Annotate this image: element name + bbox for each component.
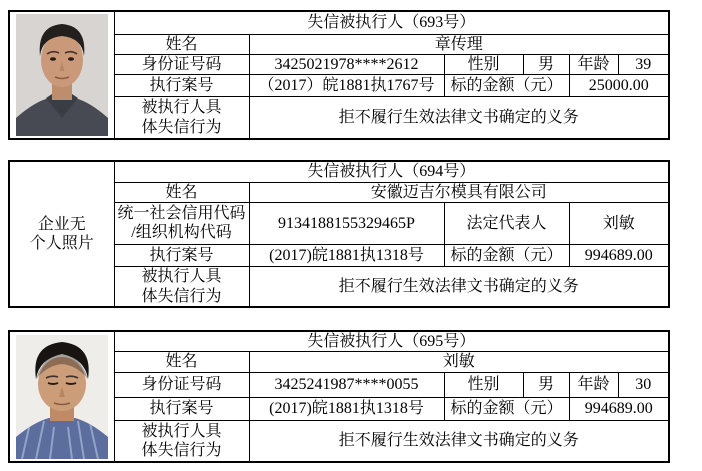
amount-label: 标的金额（元） <box>444 397 569 420</box>
behavior-value: 拒不履行生效法律文书确定的义务 <box>249 266 669 307</box>
record-title: 失信被执行人（695号） <box>114 331 669 352</box>
credit-code-label: 统一社会信用代码 /组织机构代码 <box>114 202 249 244</box>
age-label: 年龄 <box>569 372 618 397</box>
portrait-man-photo <box>16 335 108 459</box>
gender-value: 男 <box>523 54 569 74</box>
table-spacer <box>8 308 702 330</box>
record-title: 失信被执行人（693号） <box>114 11 669 34</box>
name-label: 姓名 <box>114 352 249 372</box>
portrait-man-photo <box>16 14 108 136</box>
behavior-label: 被执行人具 体失信行为 <box>114 96 249 139</box>
name-label: 姓名 <box>114 182 249 202</box>
name-label: 姓名 <box>114 34 249 54</box>
id-number-label: 身份证号码 <box>114 54 249 74</box>
gender-value: 男 <box>523 372 569 397</box>
age-value: 30 <box>618 372 669 397</box>
table-spacer <box>8 140 702 160</box>
amount-value: 994689.00 <box>569 397 669 420</box>
age-label: 年龄 <box>569 54 618 74</box>
gender-label: 性别 <box>444 372 523 397</box>
behavior-label: 被执行人具 体失信行为 <box>114 266 249 307</box>
age-value: 39 <box>618 54 669 74</box>
case-number-label: 执行案号 <box>114 74 249 96</box>
behavior-label: 被执行人具 体失信行为 <box>114 420 249 462</box>
debtor-photo <box>9 11 114 139</box>
debtor-record-693: 失信被执行人（693号） 姓名 章传理 身份证号码 3425021978****… <box>8 10 670 140</box>
amount-value: 994689.00 <box>569 244 669 266</box>
id-number-value: 3425241987****0055 <box>249 372 444 397</box>
legal-rep-value: 刘敏 <box>569 202 669 244</box>
case-number-value: （2017）皖1881执1767号 <box>249 74 444 96</box>
case-number-value: (2017)皖1881执1318号 <box>249 244 444 266</box>
name-value: 安徽迈吉尔模具有限公司 <box>249 182 669 202</box>
name-value: 章传理 <box>249 34 669 54</box>
credit-code-value: 9134188155329465P <box>249 202 444 244</box>
amount-label: 标的金额（元） <box>444 74 569 96</box>
id-number-label: 身份证号码 <box>114 372 249 397</box>
case-number-value: (2017)皖1881执1318号 <box>249 397 444 420</box>
name-value: 刘敏 <box>249 352 669 372</box>
id-number-value: 3425021978****2612 <box>249 54 444 74</box>
debtor-photo <box>9 331 114 462</box>
debtor-record-694: 企业无 个人照片 失信被执行人（694号） 姓名 安徽迈吉尔模具有限公司 统一社… <box>8 160 670 308</box>
amount-value: 25000.00 <box>569 74 669 96</box>
case-number-label: 执行案号 <box>114 244 249 266</box>
behavior-value: 拒不履行生效法律文书确定的义务 <box>249 420 669 462</box>
record-title: 失信被执行人（694号） <box>114 161 669 182</box>
debtor-list-document: 失信被执行人（693号） 姓名 章传理 身份证号码 3425021978****… <box>0 0 702 463</box>
behavior-value: 拒不履行生效法律文书确定的义务 <box>249 96 669 139</box>
case-number-label: 执行案号 <box>114 397 249 420</box>
gender-label: 性别 <box>444 54 523 74</box>
no-photo-note: 企业无 个人照片 <box>9 161 114 307</box>
debtor-record-695: 失信被执行人（695号） 姓名 刘敏 身份证号码 3425241987****0… <box>8 330 670 463</box>
legal-rep-label: 法定代表人 <box>444 202 569 244</box>
amount-label: 标的金额（元） <box>444 244 569 266</box>
